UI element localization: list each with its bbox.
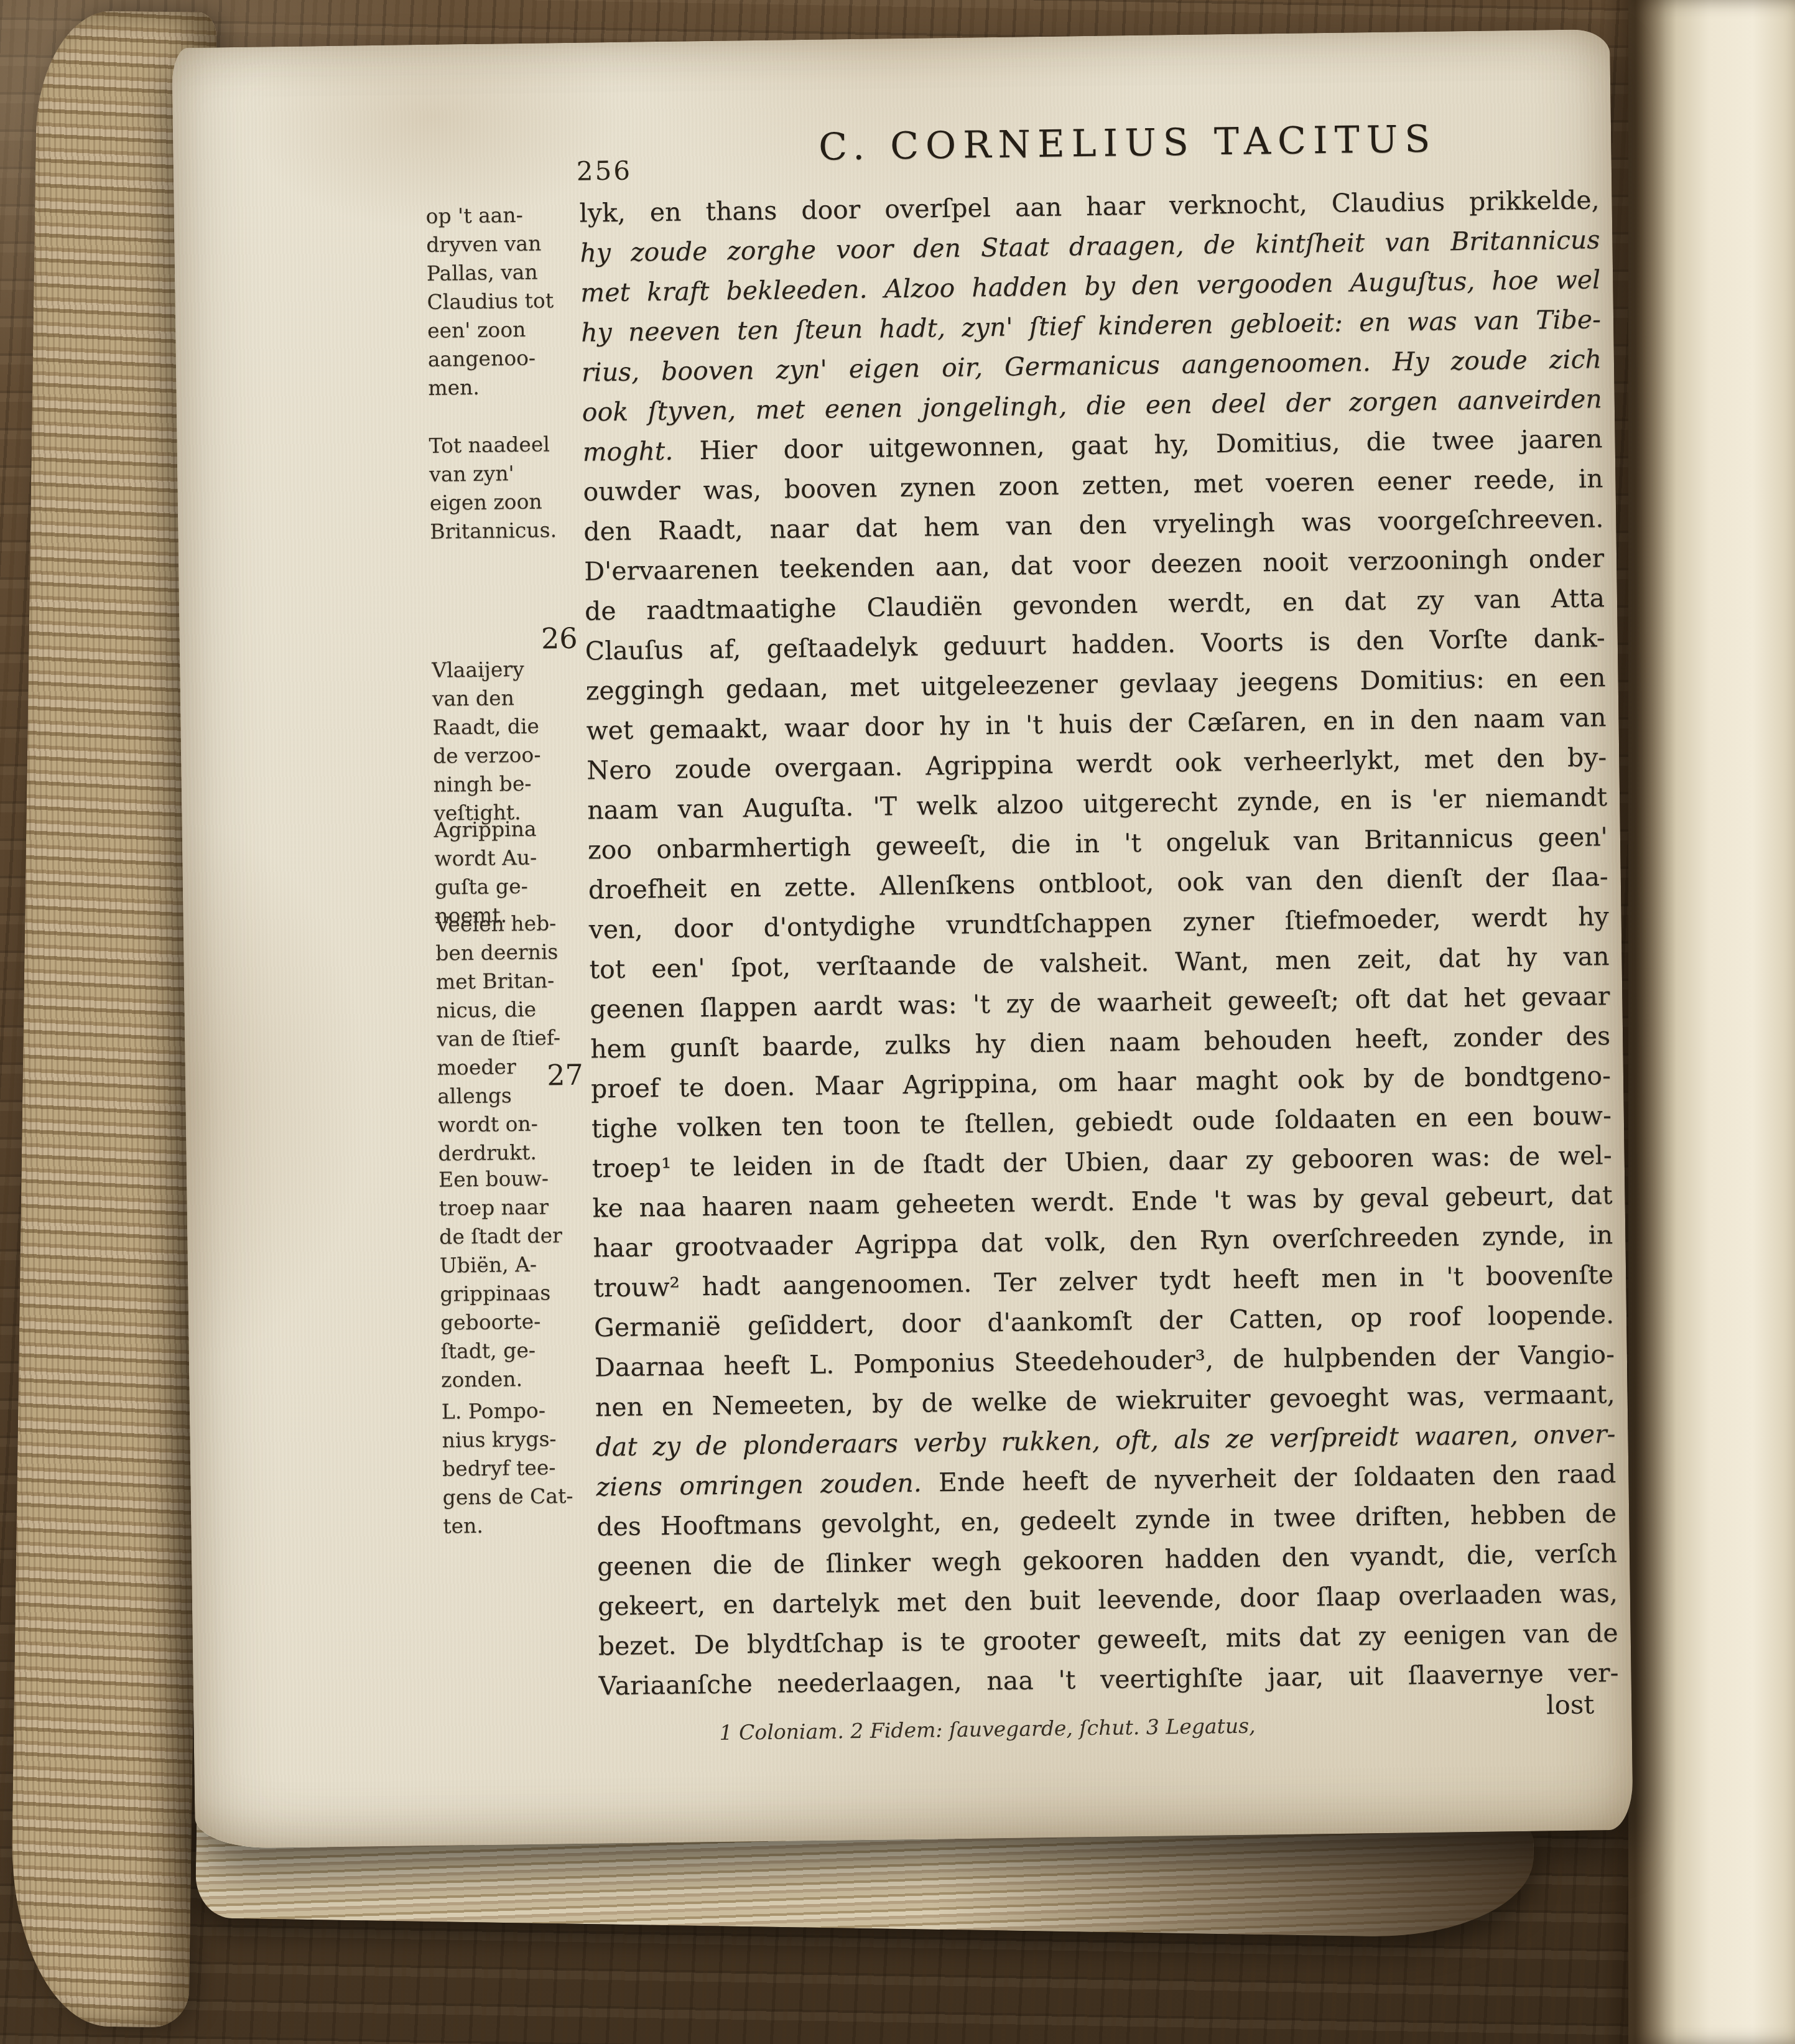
body-segment-italic: ziens omringen zouden. (596, 1467, 939, 1502)
body-segment-italic: moght. (582, 435, 700, 467)
book-page: C. CORNELIUS TACITUS 256 26 27 op 't aan… (172, 29, 1633, 1849)
margin-note: Vlaaijery van den Raadt, die de verzoo- … (432, 654, 582, 828)
body-segment: Hier door uitgewonnen, gaat hy, Domitius… (699, 424, 1603, 465)
margin-note: op 't aan- dryven van Pallas, van Claudi… (425, 200, 576, 402)
body-segment: Ende heeft de nyverheit der ſoldaaten de… (939, 1459, 1616, 1497)
margin-note: Veelen heb- ben deernis met Britan- nicu… (435, 909, 586, 1168)
margin-note: L. Pompo- nius krygs- bedryf tee- gens d… (442, 1396, 591, 1541)
margin-note: Een bouw- troep naar de ſtadt der Ubiën,… (438, 1164, 590, 1395)
margin-note: Tot naadeel van zyn' eigen zoon Britanni… (429, 430, 578, 546)
body-text: lyk, en thans door overſpel aan haar ver… (579, 180, 1619, 1706)
